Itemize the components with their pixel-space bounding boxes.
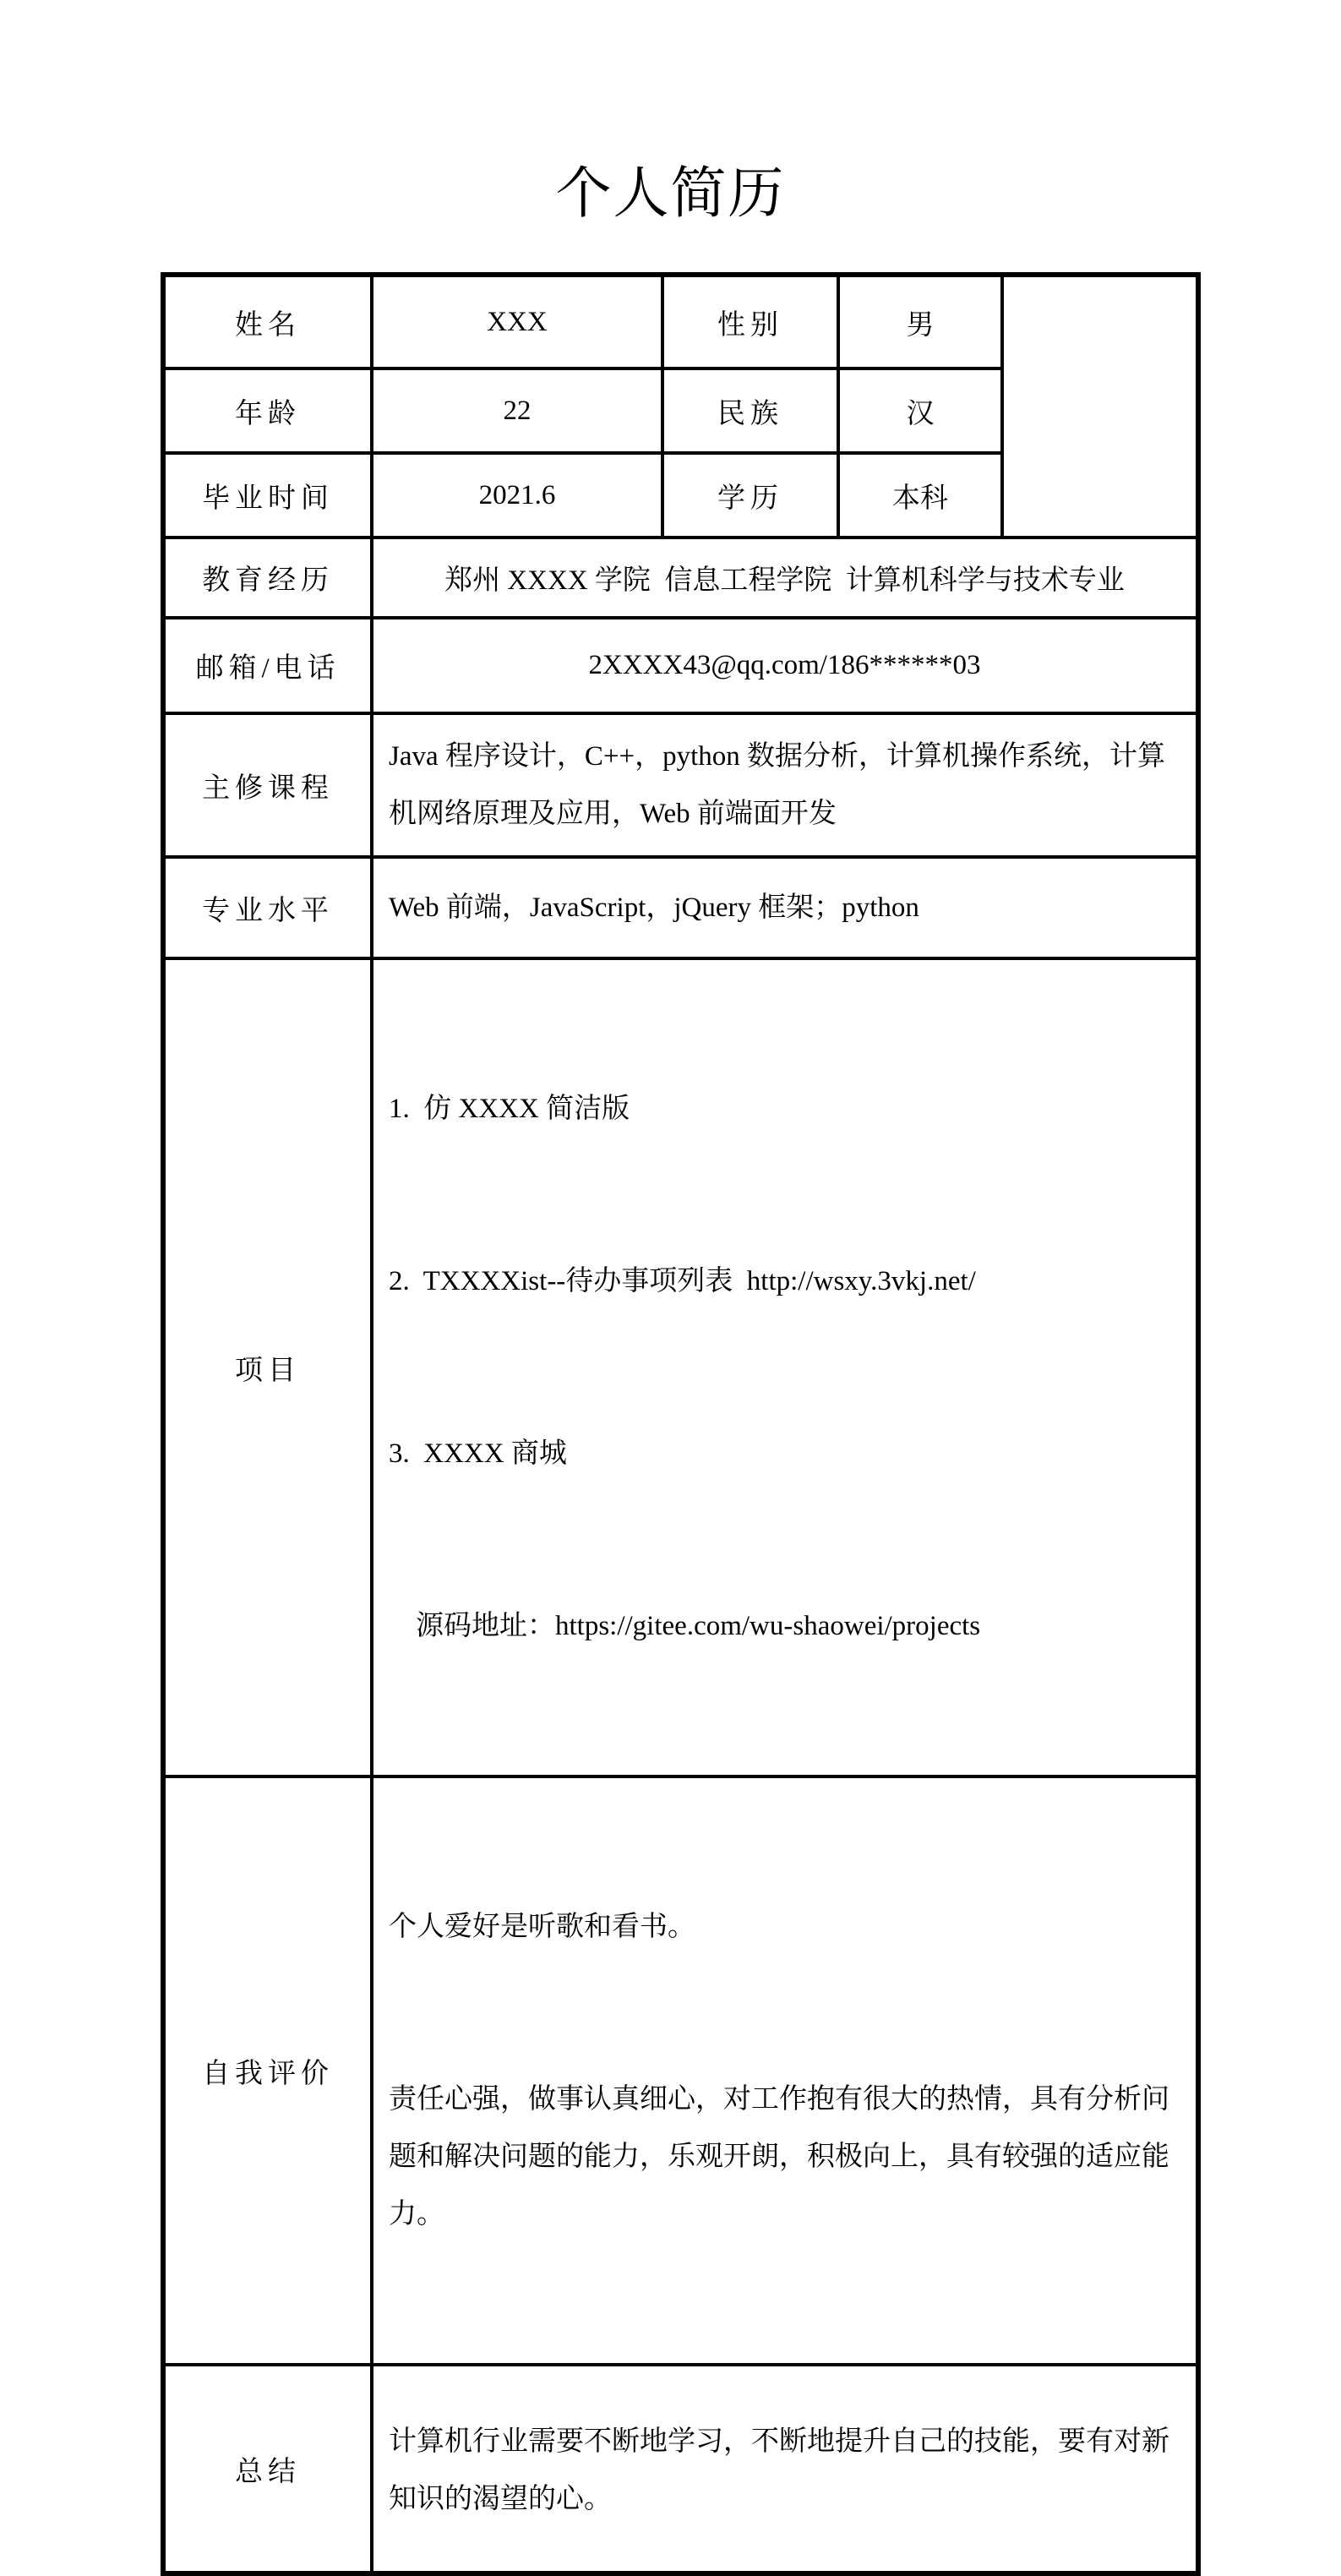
graduation-label: 毕业时间 (163, 453, 372, 538)
row-education: 教育经历 郑州 XXXX 学院 信息工程学院 计算机科学与技术专业 (163, 538, 1198, 618)
page-title: 个人简历 (0, 164, 1341, 226)
row-projects: 项目 1. 仿 XXXX 简洁版 2. TXXXXist--待办事项列表 htt… (163, 958, 1198, 1776)
age-value: 22 (372, 368, 662, 453)
photo-cell (1002, 275, 1198, 538)
row-courses: 主修课程 Java 程序设计，C++，python 数据分析，计算机操作系统，计… (163, 713, 1198, 857)
courses-label: 主修课程 (163, 713, 372, 857)
name-value: XXX (372, 275, 662, 368)
projects-line-2: 2. TXXXXist--待办事项列表 http://wsxy.3vkj.net… (389, 1253, 1180, 1310)
age-label: 年龄 (163, 368, 372, 453)
ethnicity-value: 汉 (838, 368, 1002, 453)
ethnicity-label: 民族 (662, 368, 838, 453)
self-evaluation-label: 自我评价 (163, 1776, 372, 2365)
summary-value: 计算机行业需要不断地学习，不断地提升自己的技能，要有对新知识的渴望的心。 (372, 2365, 1198, 2573)
skills-label: 专业水平 (163, 857, 372, 958)
row-summary: 总结 计算机行业需要不断地学习，不断地提升自己的技能，要有对新知识的渴望的心。 (163, 2365, 1198, 2573)
degree-label: 学历 (662, 453, 838, 538)
gender-value: 男 (838, 275, 1002, 368)
resume-table: 姓名 XXX 性别 男 年龄 22 民族 汉 毕业时间 2021.6 学历 本科… (161, 272, 1201, 2576)
projects-value: 1. 仿 XXXX 简洁版 2. TXXXXist--待办事项列表 http:/… (372, 958, 1198, 1776)
name-label: 姓名 (163, 275, 372, 368)
education-label: 教育经历 (163, 538, 372, 618)
resume-page: 个人简历 姓名 XXX 性别 男 年龄 22 民族 汉 毕业时间 2021.6 … (0, 0, 1341, 1897)
contact-label: 邮箱/电话 (163, 618, 372, 713)
projects-line-1: 1. 仿 XXXX 简洁版 (389, 1080, 1180, 1138)
row-name: 姓名 XXX 性别 男 (163, 275, 1198, 368)
contact-value: 2XXXX43@qq.com/186******03 (372, 618, 1198, 713)
skills-value: Web 前端，JavaScript，jQuery 框架；python (372, 857, 1198, 958)
row-skills: 专业水平 Web 前端，JavaScript，jQuery 框架；python (163, 857, 1198, 958)
self-evaluation-paragraph-2: 责任心强，做事认真细心，对工作抱有很大的热情，具有分析问题和解决问题的能力，乐观… (389, 2071, 1180, 2243)
summary-label: 总结 (163, 2365, 372, 2573)
row-contact: 邮箱/电话 2XXXX43@qq.com/186******03 (163, 618, 1198, 713)
self-evaluation-paragraph-1: 个人爱好是听歌和看书。 (389, 1898, 1180, 1956)
projects-label: 项目 (163, 958, 372, 1776)
gender-label: 性别 (662, 275, 838, 368)
projects-line-4: 源码地址：https://gitee.com/wu-shaowei/projec… (389, 1597, 1180, 1655)
self-evaluation-value: 个人爱好是听歌和看书。 责任心强，做事认真细心，对工作抱有很大的热情，具有分析问… (372, 1776, 1198, 2365)
graduation-value: 2021.6 (372, 453, 662, 538)
education-value: 郑州 XXXX 学院 信息工程学院 计算机科学与技术专业 (372, 538, 1198, 618)
projects-line-3: 3. XXXX 商城 (389, 1425, 1180, 1482)
courses-value: Java 程序设计，C++，python 数据分析，计算机操作系统，计算机网络原… (372, 713, 1198, 857)
row-self-evaluation: 自我评价 个人爱好是听歌和看书。 责任心强，做事认真细心，对工作抱有很大的热情，… (163, 1776, 1198, 2365)
degree-value: 本科 (838, 453, 1002, 538)
